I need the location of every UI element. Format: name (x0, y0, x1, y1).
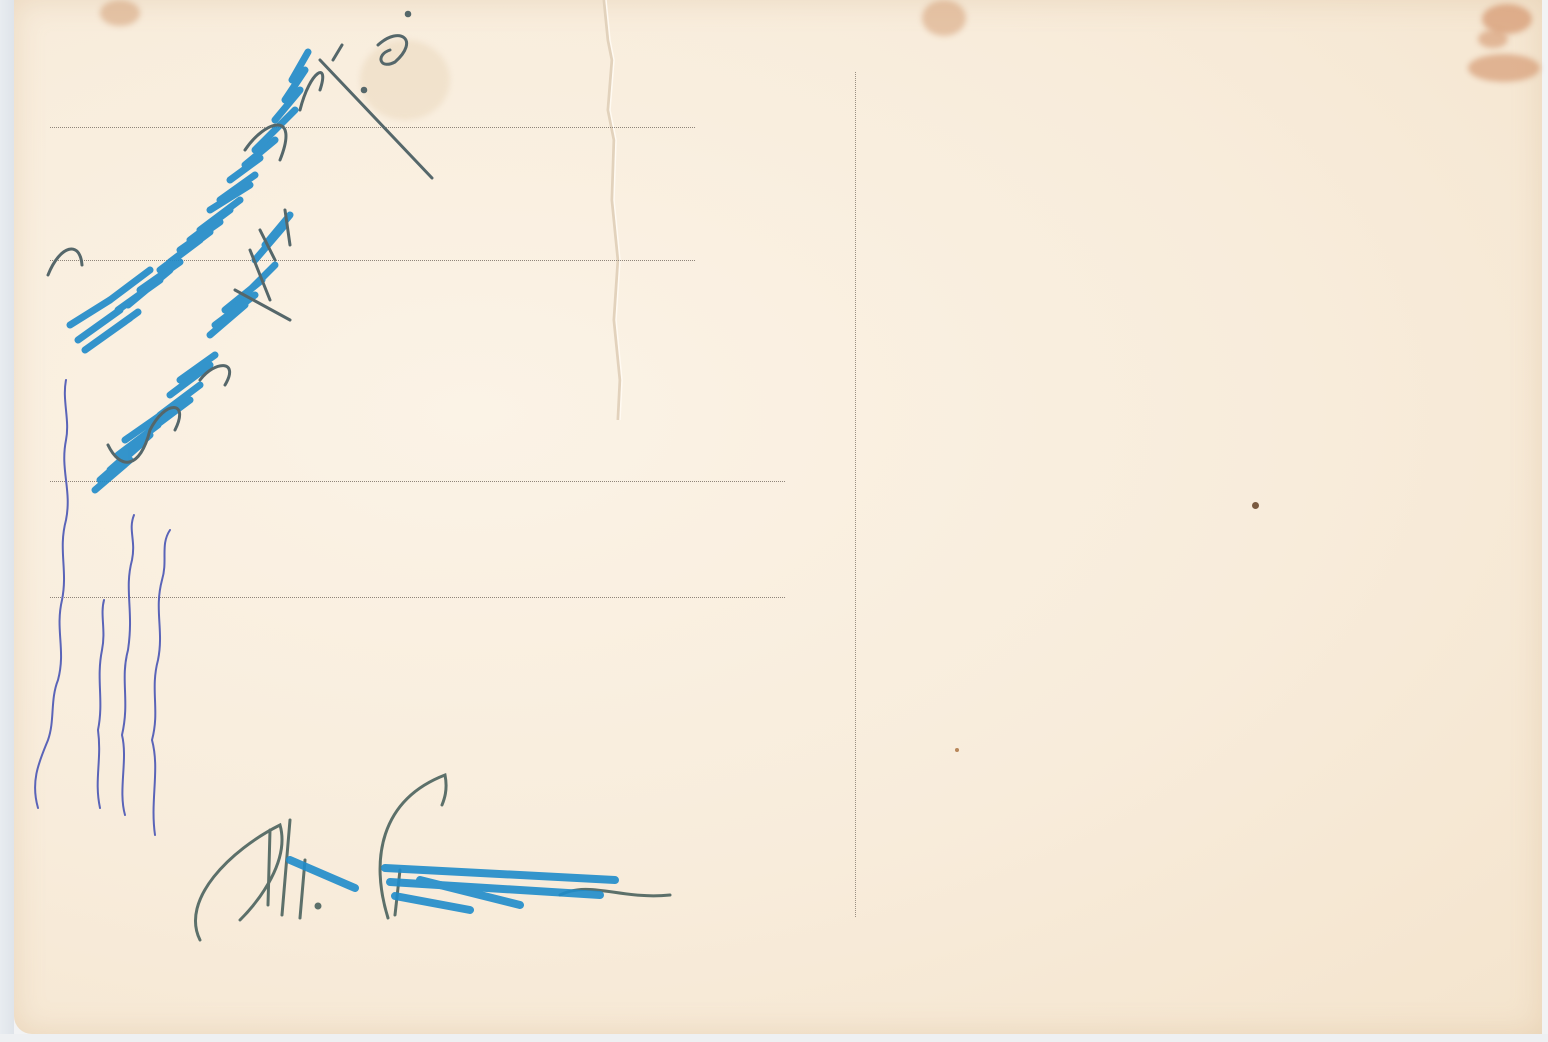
blue-crayon-scribbles (70, 52, 308, 490)
signature-scribble (290, 860, 615, 910)
violet-pencil-note (35, 380, 170, 835)
gray-pen-date (48, 12, 432, 462)
handwriting-layer (0, 0, 1548, 1042)
signature (195, 775, 670, 940)
